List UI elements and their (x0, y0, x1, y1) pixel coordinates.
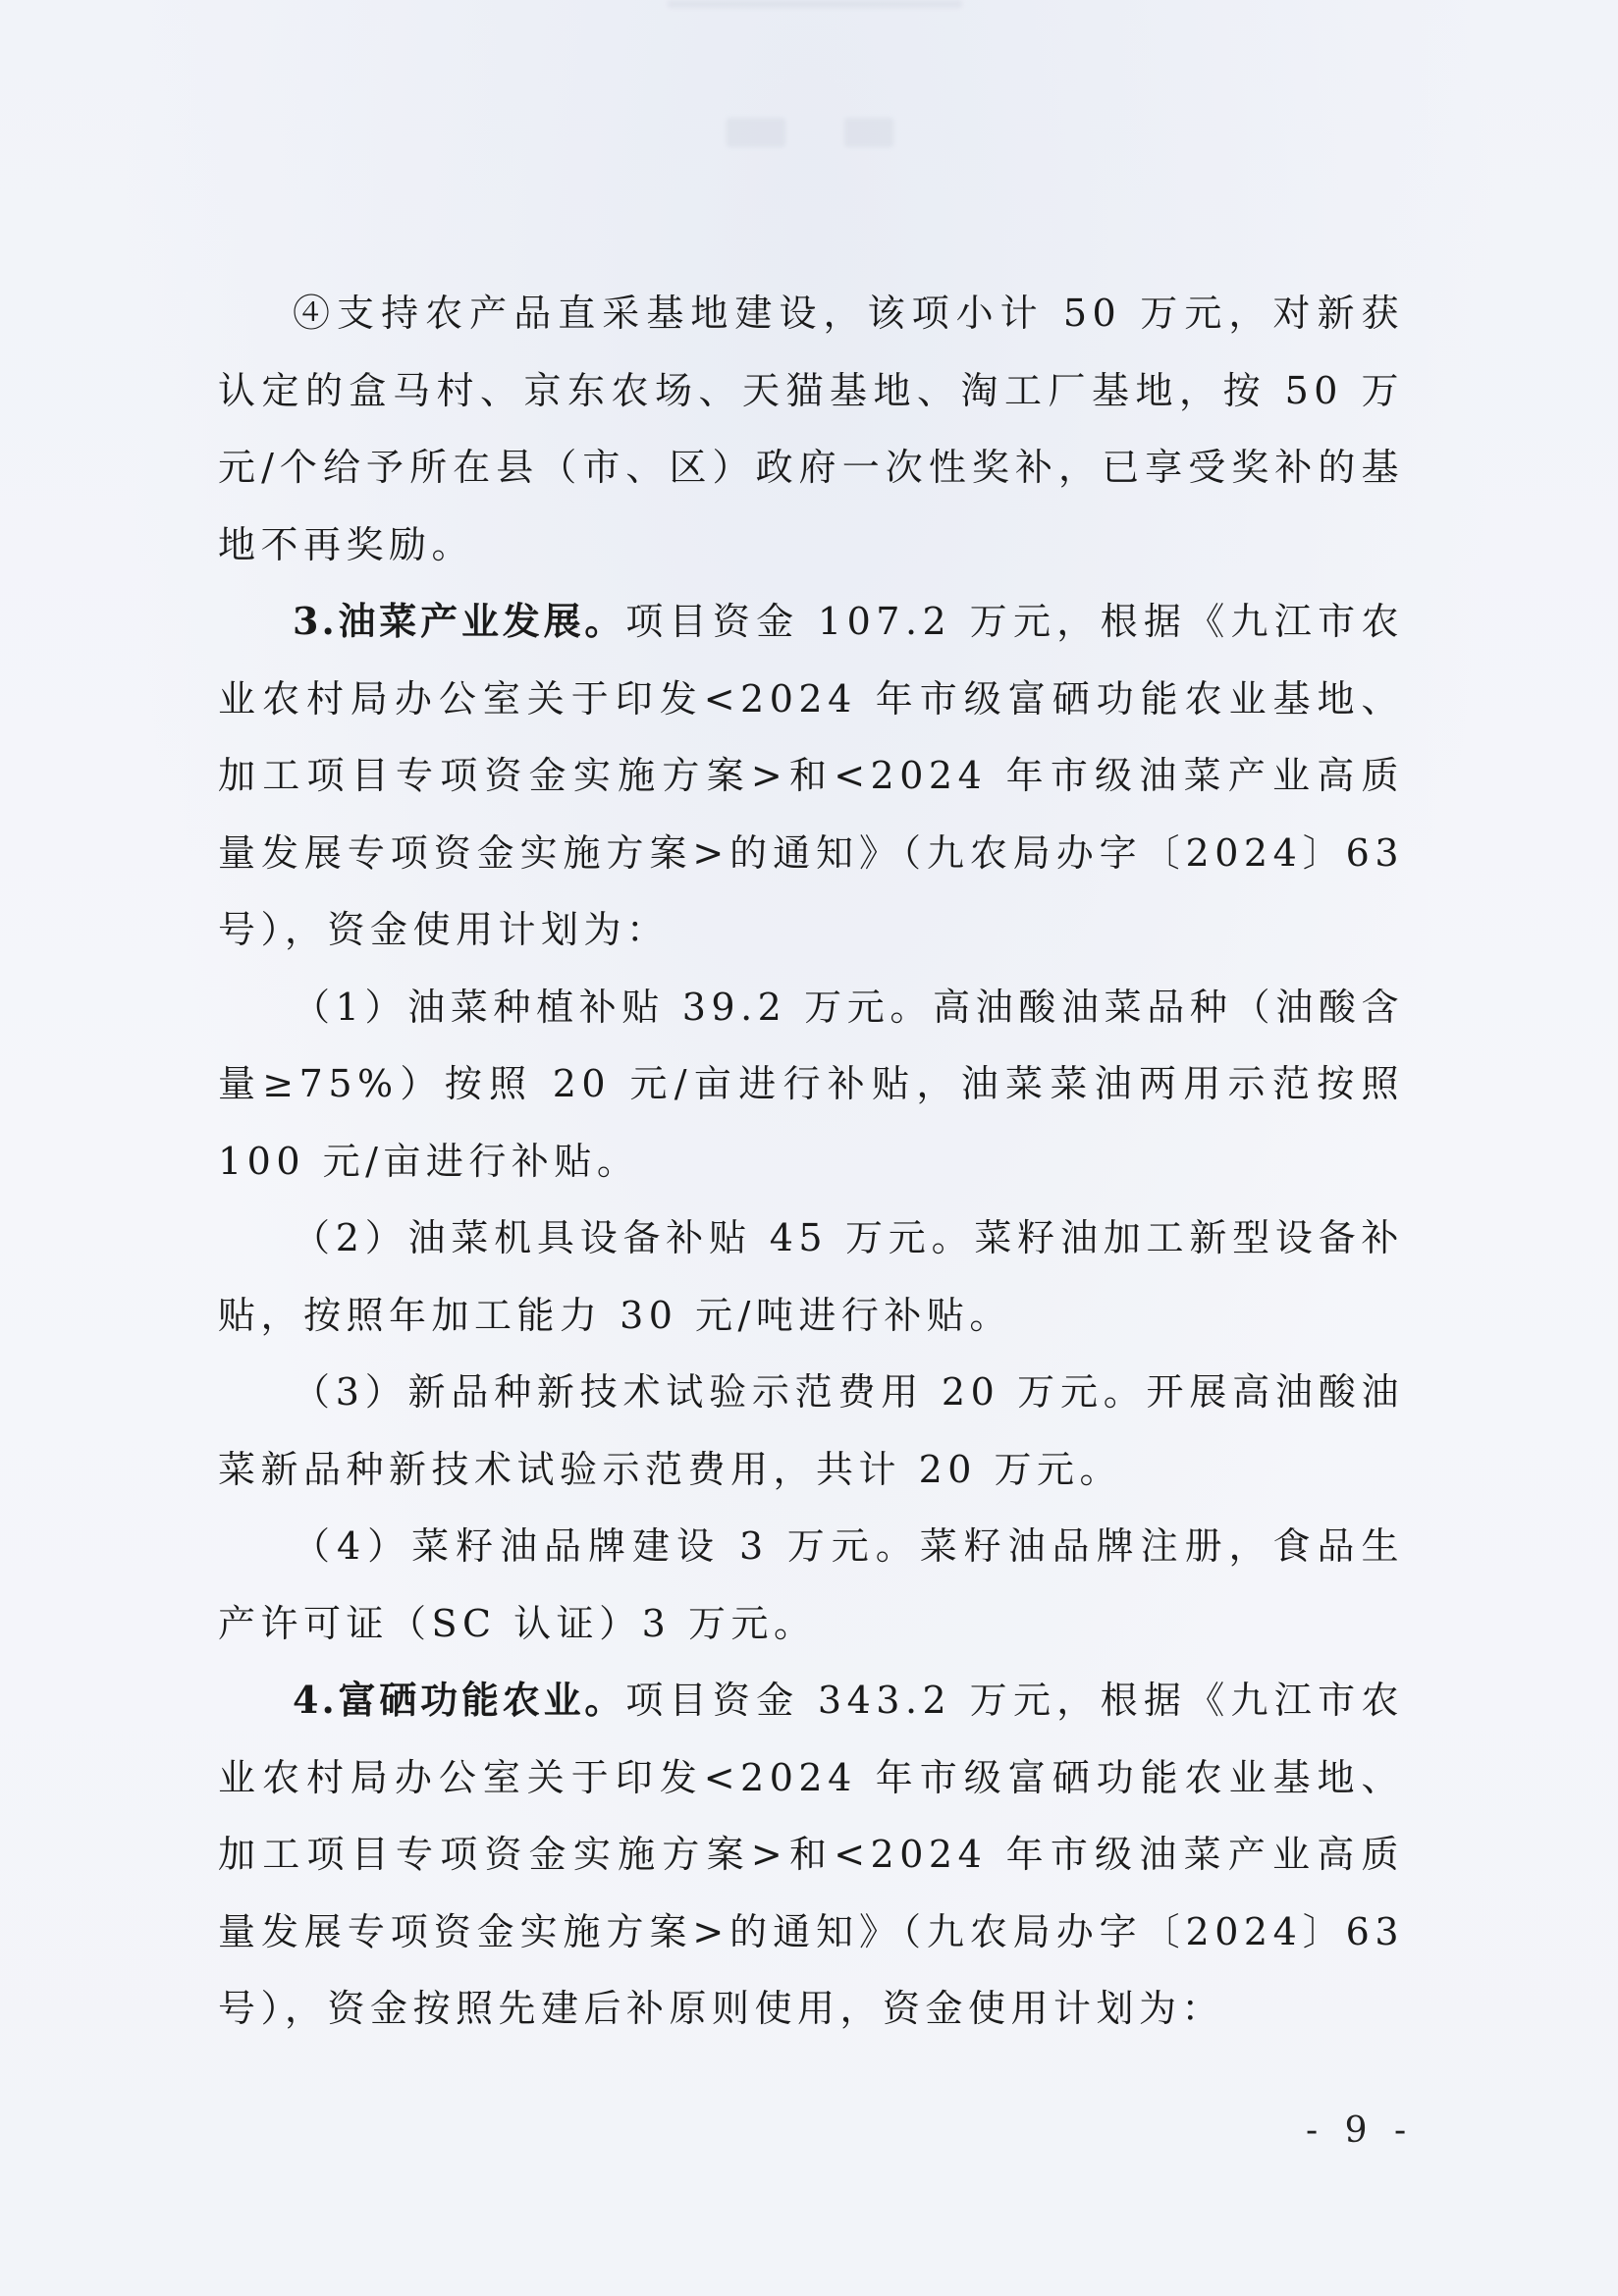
section-heading-selenium: 4.富硒功能农业。 (293, 1678, 625, 1722)
paragraph-item-3-trial-demo: （3）新品种新技术试验示范费用 20 万元。开展高油酸油菜新品种新技术试验示范费… (218, 1354, 1404, 1508)
paragraph-text: 项目资金 343.2 万元，根据《九江市农业农村局办公室关于印发<2024 年市… (218, 1679, 1404, 2030)
document-page: ④支持农产品直采基地建设，该项小计 50 万元，对新获认定的盒马村、京东农场、天… (0, 0, 1618, 2296)
paragraph-rapeseed-industry: 3.油菜产业发展。项目资金 107.2 万元，根据《九江市农业农村局办公室关于印… (218, 583, 1404, 969)
paragraph-item-4-brand-building: （4）菜籽油品牌建设 3 万元。菜籽油品牌注册，食品生产许可证（SC 认证）3 … (218, 1508, 1404, 1662)
paragraph-item-2-equipment-subsidy: （2）油菜机具设备补贴 45 万元。菜籽油加工新型设备补贴，按照年加工能力 30… (218, 1200, 1404, 1354)
page-number: - 9 - (1306, 2110, 1414, 2151)
paragraph-direct-purchase-base: ④支持农产品直采基地建设，该项小计 50 万元，对新获认定的盒马村、京东农场、天… (218, 275, 1404, 583)
scan-artifact (727, 118, 785, 147)
paragraph-text: （1）油菜种植补贴 39.2 万元。高油酸油菜品种（油酸含量≥75%）按照 20… (218, 986, 1404, 1183)
section-heading-rapeseed: 3.油菜产业发展。 (293, 599, 625, 643)
paragraph-text: （3）新品种新技术试验示范费用 20 万元。开展高油酸油菜新品种新技术试验示范费… (218, 1370, 1404, 1491)
paragraph-item-1-planting-subsidy: （1）油菜种植补贴 39.2 万元。高油酸油菜品种（油酸含量≥75%）按照 20… (218, 969, 1404, 1201)
paragraph-text: （4）菜籽油品牌建设 3 万元。菜籽油品牌注册，食品生产许可证（SC 认证）3 … (218, 1524, 1404, 1645)
scan-artifact (668, 0, 962, 8)
paragraph-selenium-agriculture: 4.富硒功能农业。项目资金 343.2 万元，根据《九江市农业农村局办公室关于印… (218, 1662, 1404, 2048)
paragraph-text: ④支持农产品直采基地建设，该项小计 50 万元，对新获认定的盒马村、京东农场、天… (218, 292, 1404, 566)
paragraph-text: （2）油菜机具设备补贴 45 万元。菜籽油加工新型设备补贴，按照年加工能力 30… (218, 1216, 1404, 1337)
scan-artifact (844, 118, 893, 147)
document-body: ④支持农产品直采基地建设，该项小计 50 万元，对新获认定的盒马村、京东农场、天… (218, 275, 1404, 2048)
paragraph-text: 项目资金 107.2 万元，根据《九江市农业农村局办公室关于印发<2024 年市… (218, 600, 1404, 951)
